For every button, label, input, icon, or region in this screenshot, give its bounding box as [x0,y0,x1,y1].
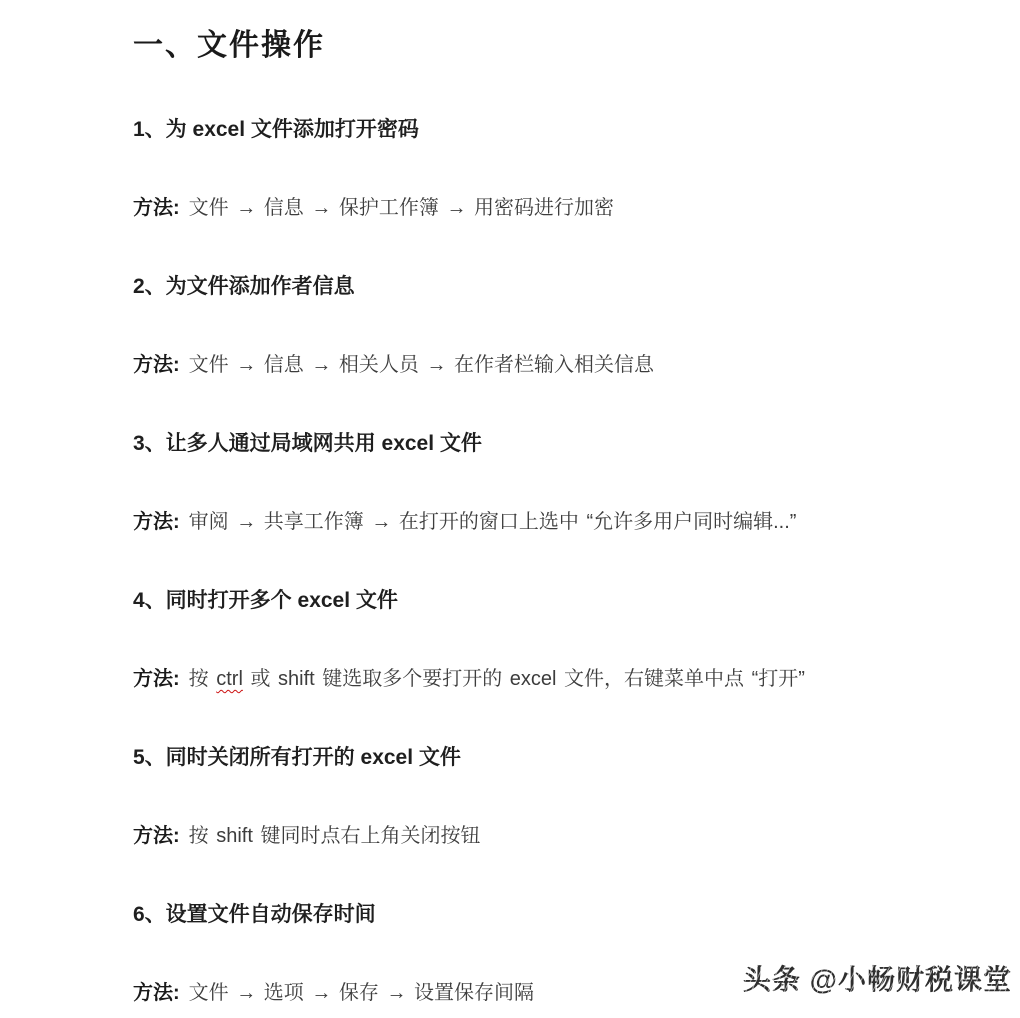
tip-heading-5: 5、同时关闭所有打开的 excel 文件 [133,744,1000,772]
method-label-3: 方法: [133,511,180,533]
method-text-4-spellchecked-word: ctrl [216,668,243,690]
method-label-6: 方法: [133,982,180,1004]
tip-method-2: 方法:文件 → 信息 → 相关人员 → 在作者栏输入相关信息 [133,351,1000,379]
method-label-4: 方法: [133,668,180,690]
tip-heading-1: 1、为 excel 文件添加打开密码 [133,116,1000,144]
tip-method-3: 方法:审阅 → 共享工作簿 → 在打开的窗口上选中 “允许多用户同时编辑...” [133,508,1000,536]
method-label-1: 方法: [133,197,180,219]
method-text-5: 按 shift 键同时点右上角关闭按钮 [189,825,481,847]
tip-heading-6: 6、设置文件自动保存时间 [133,901,1000,929]
method-text-2: 文件 → 信息 → 相关人员 → 在作者栏输入相关信息 [189,354,654,376]
tip-heading-4: 4、同时打开多个 excel 文件 [133,587,1000,615]
document-page: 一、文件操作 1、为 excel 文件添加打开密码 方法:文件 → 信息 → 保… [0,0,1020,1018]
toutiao-watermark: 头条 @小畅财税课堂 [743,963,1012,997]
tip-heading-2: 2、为文件添加作者信息 [133,273,1000,301]
document-title: 一、文件操作 [133,26,1000,66]
tip-method-4: 方法:按 ctrl 或 shift 键选取多个要打开的 excel 文件，右键菜… [133,665,1000,693]
method-label-2: 方法: [133,354,180,376]
method-text-4-pre: 按 [189,668,217,690]
method-label-5: 方法: [133,825,180,847]
method-text-1: 文件 → 信息 → 保护工作簿 → 用密码进行加密 [189,197,614,219]
method-text-4-post: 或 shift 键选取多个要打开的 excel 文件，右键菜单中点 “打开” [243,668,805,690]
method-text-6: 文件 → 选项 → 保存 → 设置保存间隔 [189,982,534,1004]
tip-method-5: 方法:按 shift 键同时点右上角关闭按钮 [133,822,1000,850]
tip-method-1: 方法:文件 → 信息 → 保护工作簿 → 用密码进行加密 [133,194,1000,222]
method-text-3: 审阅 → 共享工作簿 → 在打开的窗口上选中 “允许多用户同时编辑...” [189,511,797,533]
tip-heading-3: 3、让多人通过局域网共用 excel 文件 [133,430,1000,458]
